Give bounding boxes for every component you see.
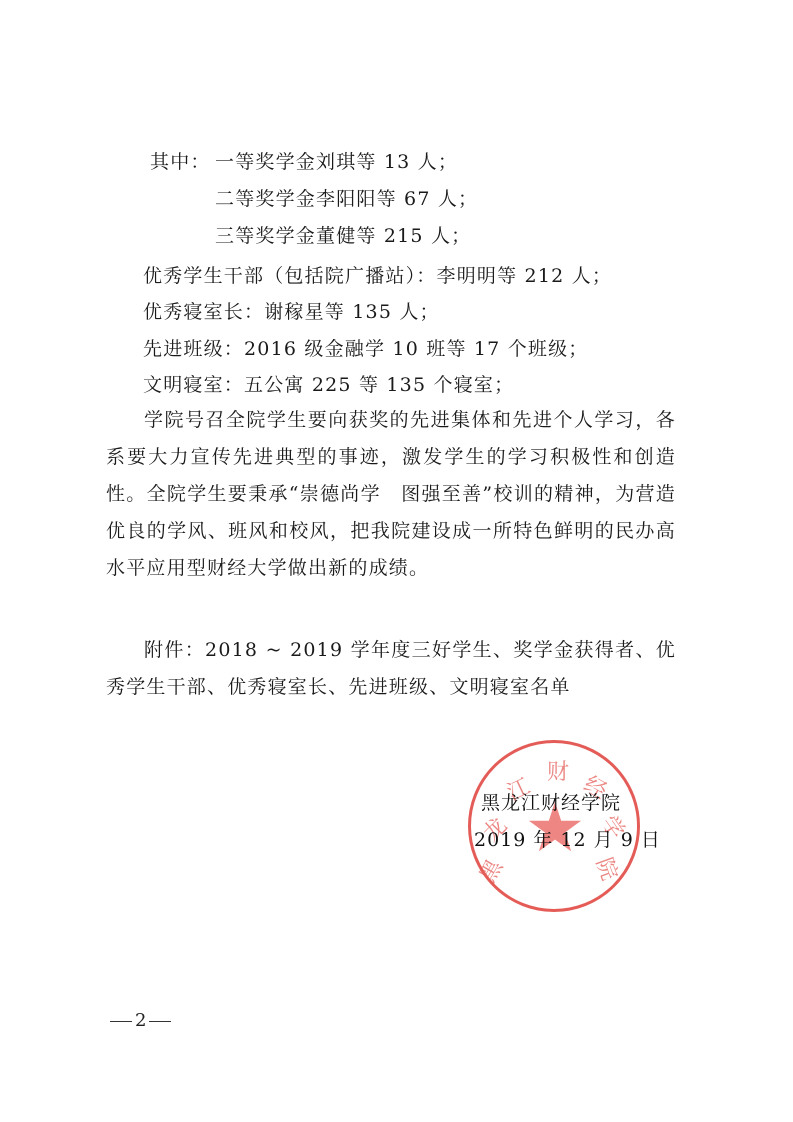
second-prize-line: 二等奖学金李阳阳等 67 人； <box>215 187 478 211</box>
student-cadres-line: 优秀学生干部（包括院广播站）：李明明等 212 人； <box>143 264 612 288</box>
signature-organization: 黑龙江财经学院 <box>481 788 621 815</box>
body-paragraph: 学院号召全院学生要向获奖的先进集体和先进个人学习，各系要大力宣传先进典型的事迹，… <box>106 402 676 587</box>
civilized-dorms-line: 文明寝室：五公寓 225 等 135 个寝室； <box>143 373 514 397</box>
dash-right <box>149 1021 171 1022</box>
advanced-classes-line: 先进班级：2016 级金融学 10 班等 17 个班级； <box>143 337 589 361</box>
dash-left <box>110 1021 132 1022</box>
seal-char: 黑 <box>471 853 509 888</box>
dorm-leaders-line: 优秀寝室长：谢稼星等 135 人； <box>143 300 440 324</box>
page-number: 2 <box>107 1010 174 1031</box>
seal-char: 院 <box>590 853 627 884</box>
signature-date: 2019 年 12 月 9 日 <box>474 825 661 852</box>
page-number-value: 2 <box>135 1010 146 1031</box>
first-prize-line: 一等奖学金刘琪等 13 人； <box>215 150 458 174</box>
third-prize-line: 三等奖学金董健等 215 人； <box>215 224 471 248</box>
attachment-note: 附件：2018 ~ 2019 学年度三好学生、奖学金获得者、优秀学生干部、优秀寝… <box>106 632 676 706</box>
awards-intro: 其中： <box>150 150 211 174</box>
seal-char: 财 <box>547 755 569 786</box>
